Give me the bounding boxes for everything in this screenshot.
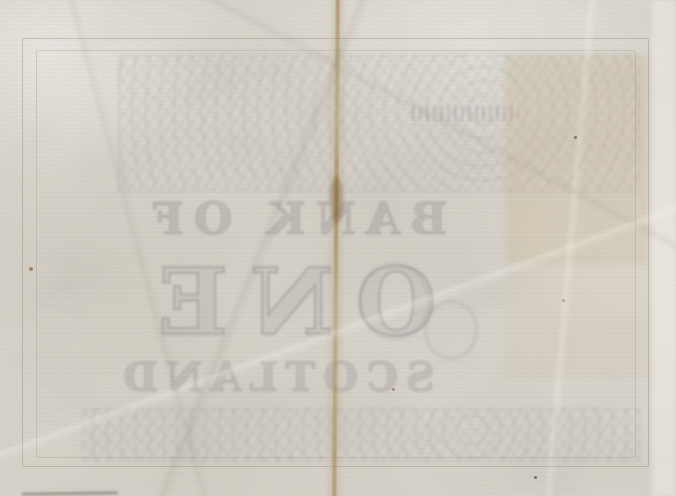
fold-crease-stain bbox=[330, 176, 343, 222]
rust-speck bbox=[392, 388, 395, 391]
dark-speck bbox=[574, 136, 577, 139]
rust-speck bbox=[29, 267, 33, 271]
dark-speck bbox=[534, 476, 537, 479]
rust-speck bbox=[562, 299, 565, 302]
banknote-reverse-photo: BANK OF ONE SCOTLAND bbox=[0, 0, 676, 496]
right-margin-light-strip bbox=[652, 0, 676, 496]
